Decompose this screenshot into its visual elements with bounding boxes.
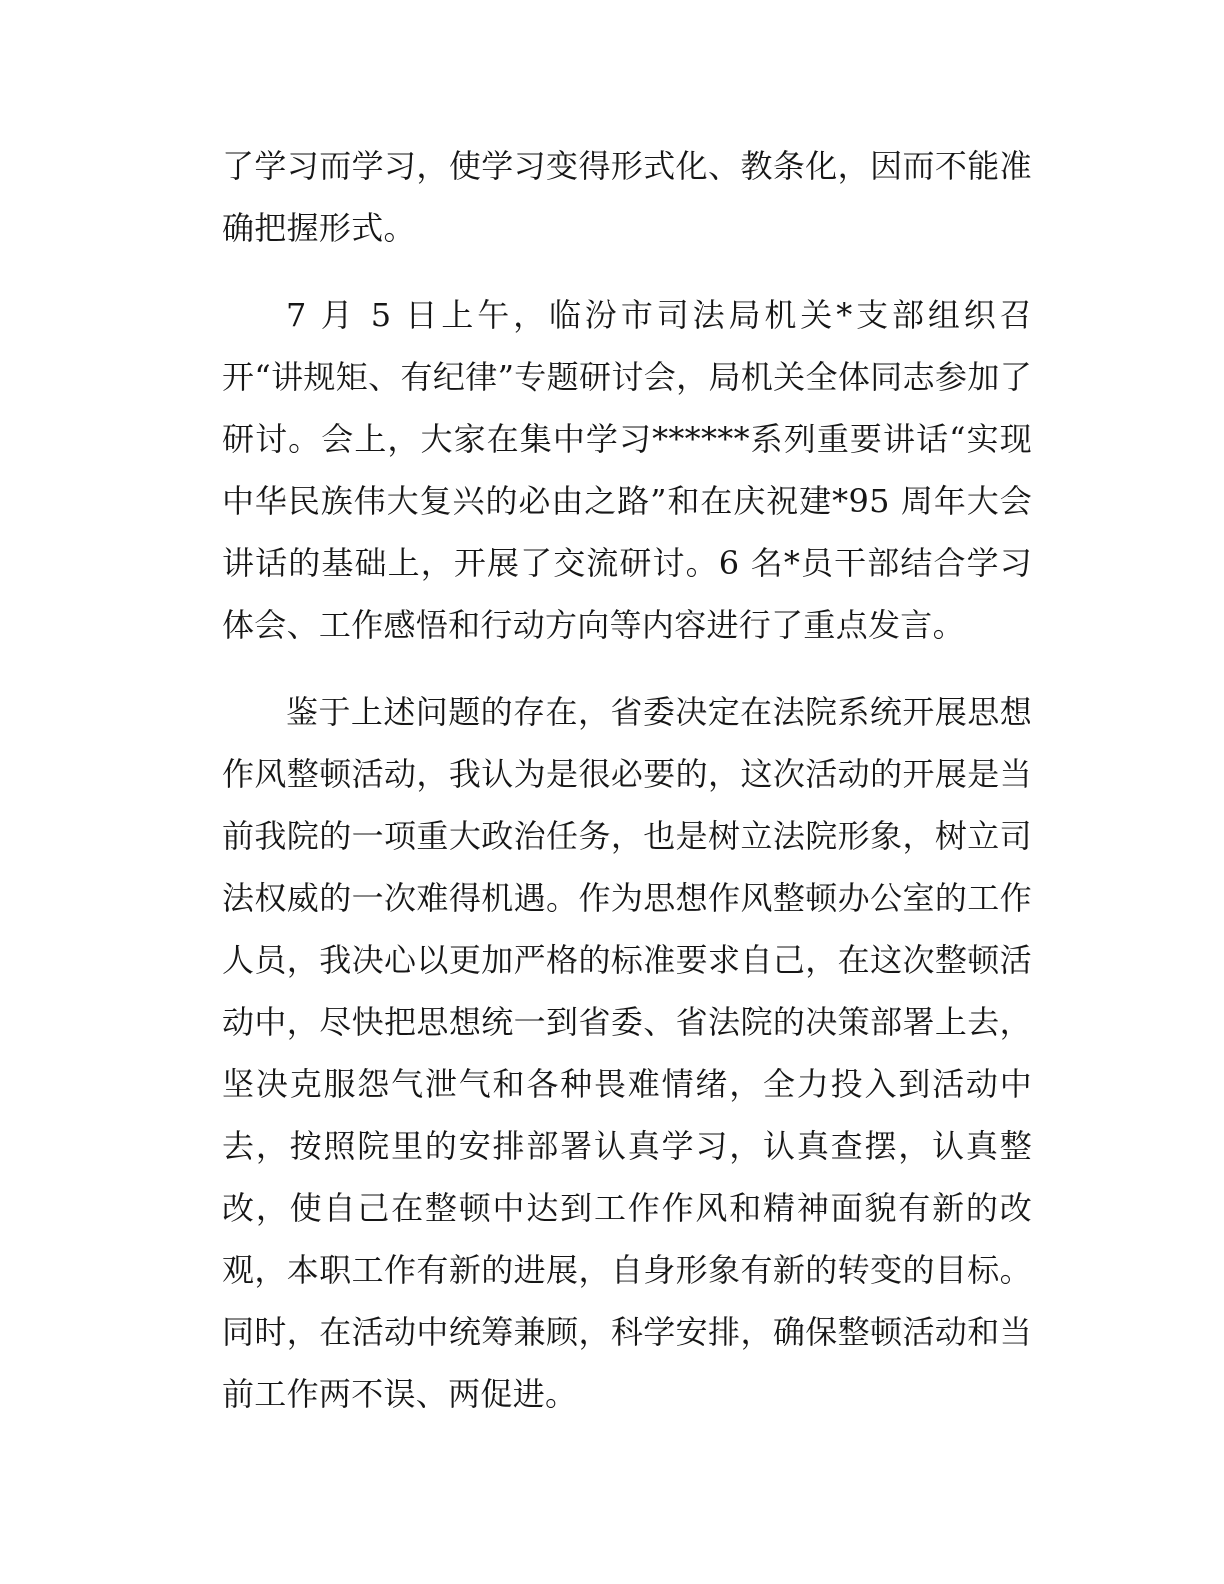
paragraph: 鉴于上述问题的存在，省委决定在法院系统开展思想作风整顿活动，我认为是很必要的，这… (222, 681, 1032, 1425)
paragraph: 7 月 5 日上午，临汾市司法局机关*支部组织召开“讲规矩、有纪律”专题研讨会，… (222, 284, 1032, 656)
document-page: 了学习而学习，使学习变得形式化、教条化，因而不能准确把握形式。 7 月 5 日上… (0, 0, 1224, 1584)
document-text-block: 了学习而学习，使学习变得形式化、教条化，因而不能准确把握形式。 7 月 5 日上… (222, 135, 1032, 1450)
paragraph: 了学习而学习，使学习变得形式化、教条化，因而不能准确把握形式。 (222, 135, 1032, 259)
